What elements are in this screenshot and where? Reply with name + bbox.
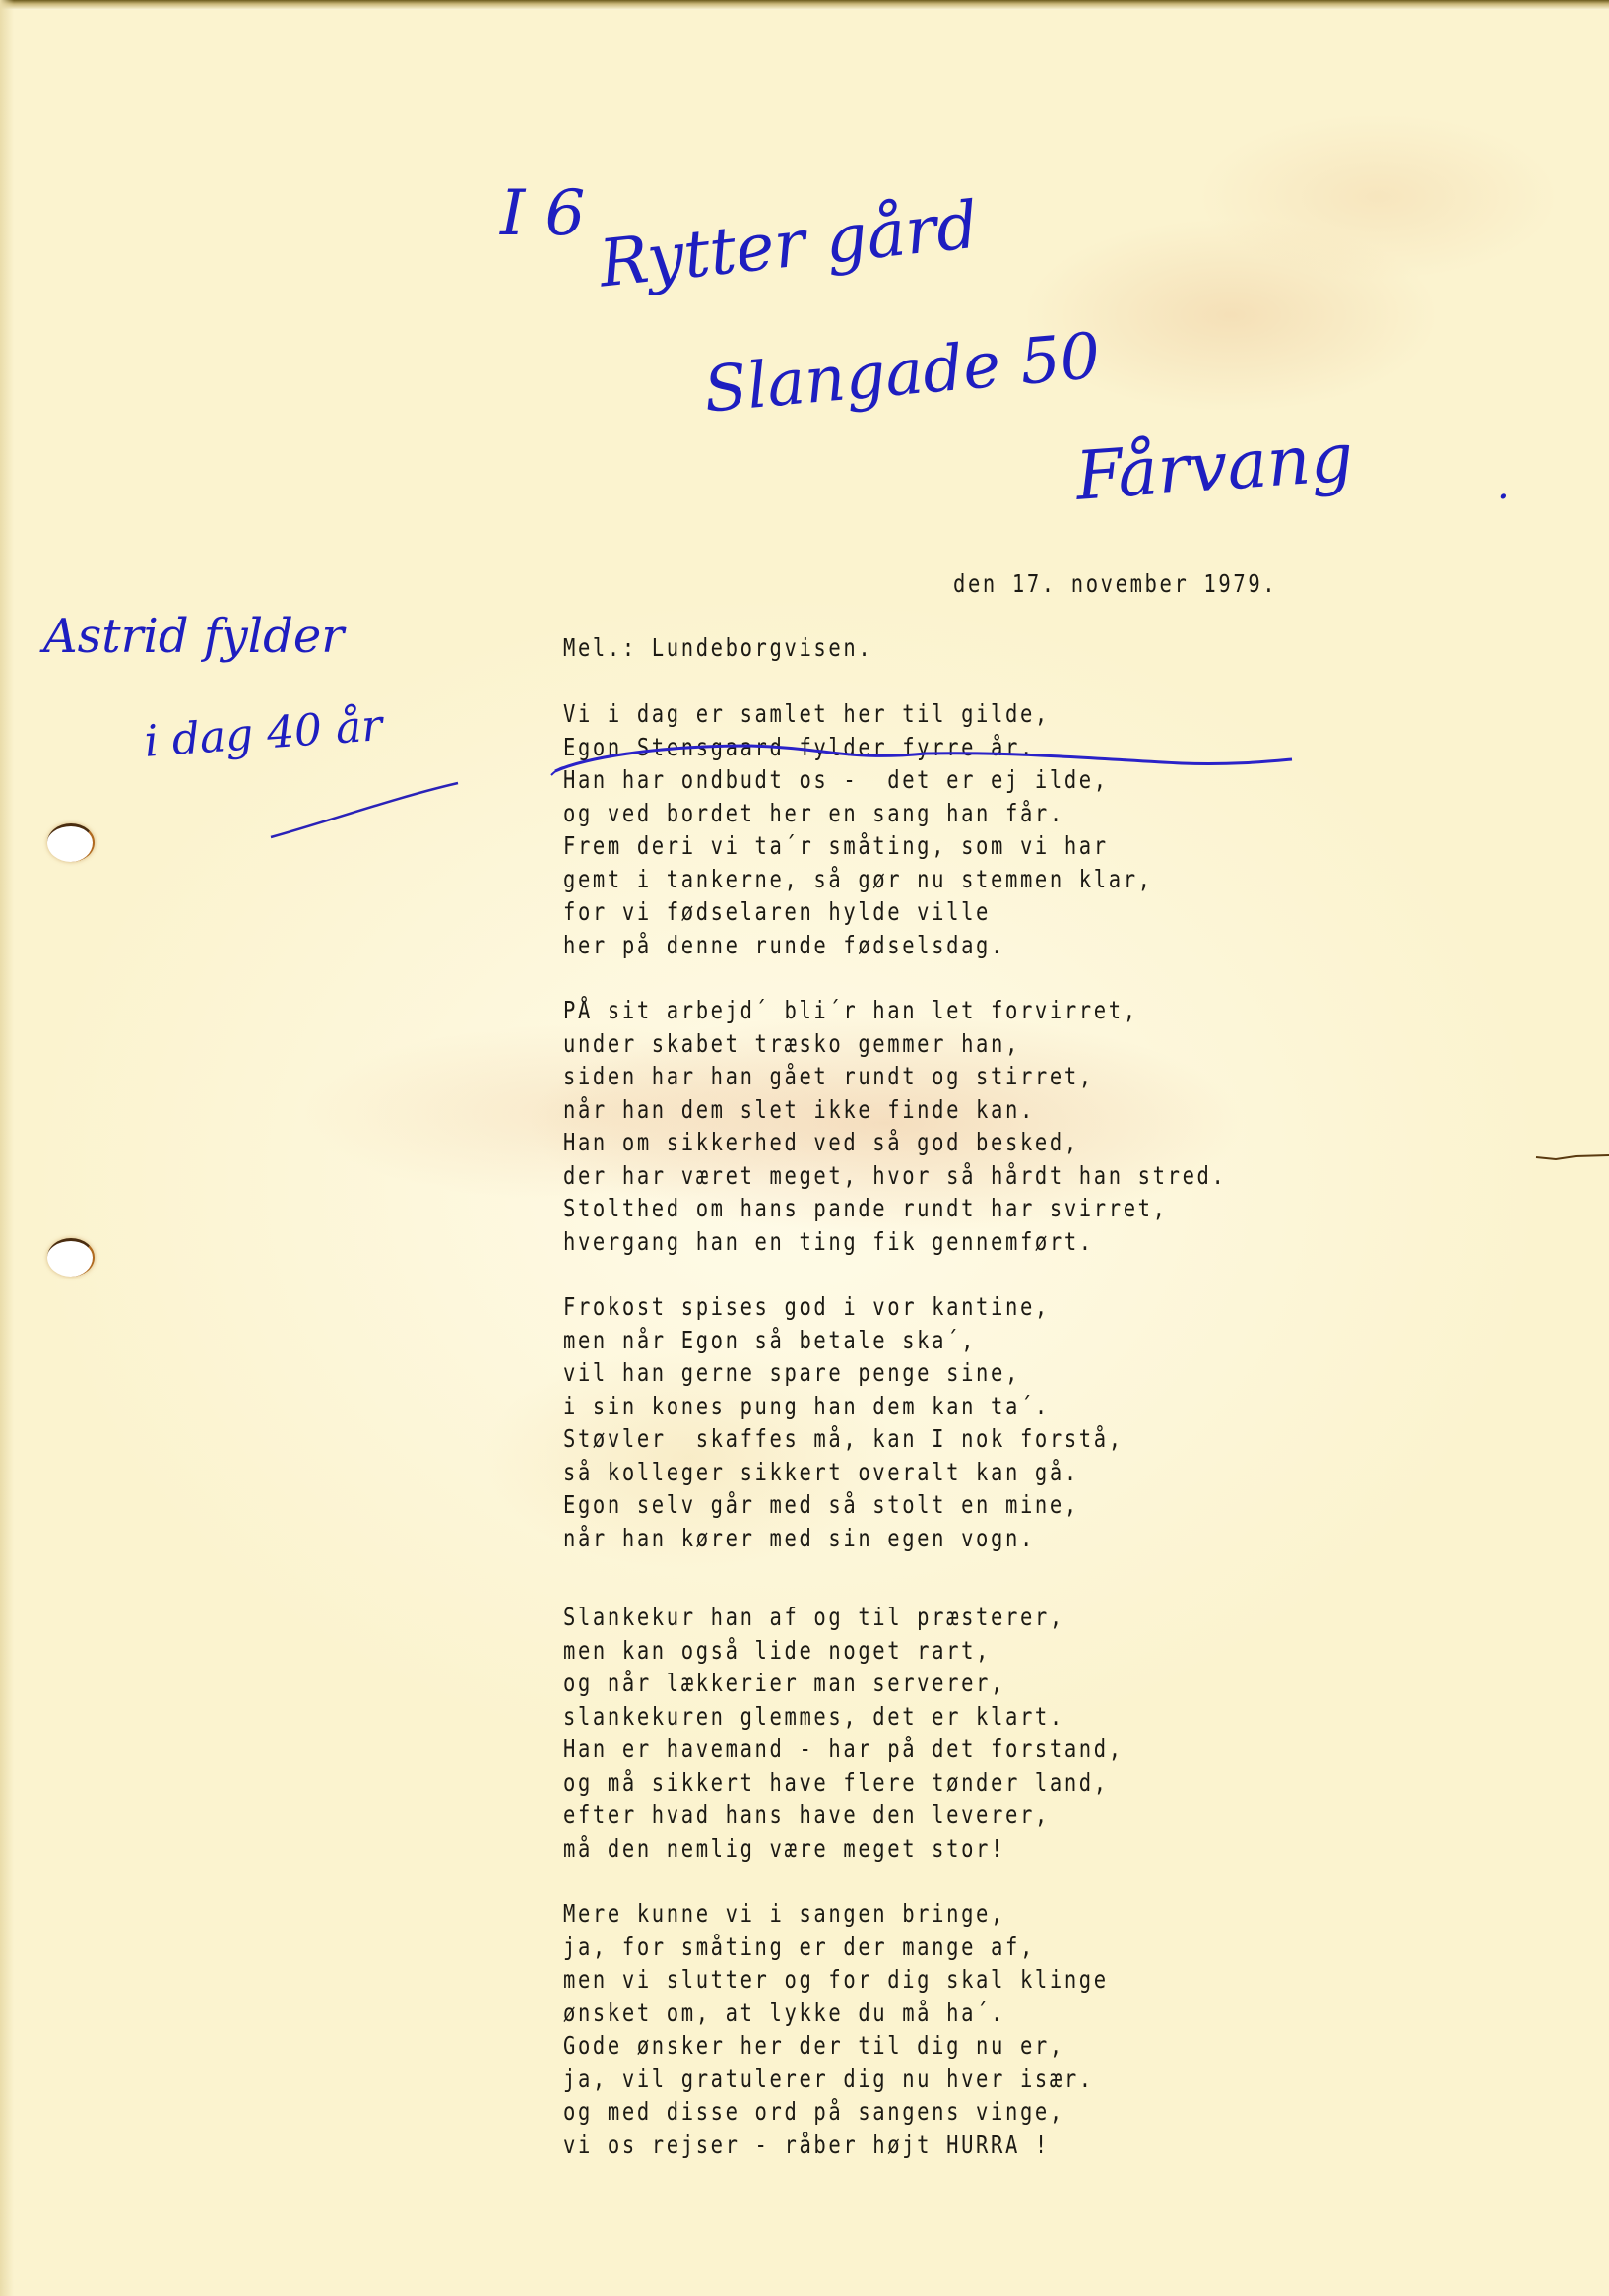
punch-hole-top	[47, 823, 95, 862]
poem-line: under skabet træsko gemmer han,	[563, 1029, 1020, 1058]
punch-hole-bottom	[47, 1238, 95, 1277]
poem-line: Egon selv går med så stolt en mine,	[563, 1490, 1079, 1519]
melody-line: Mel.: Lundeborgvisen.	[563, 633, 872, 662]
paper-tear	[1536, 1148, 1609, 1167]
poem-line: Gode ønsker her der til dig nu er,	[563, 2031, 1064, 2060]
poem-line: så kolleger sikkert overalt kan gå.	[563, 1458, 1079, 1486]
margin-note-underline	[177, 778, 473, 847]
poem-line: når han dem slet ikke finde kan.	[563, 1095, 1035, 1124]
poem-line: og ved bordet her en sang han får.	[563, 799, 1064, 827]
poem-line: Frem deri vi ta´r småting, som vi har	[563, 831, 1109, 860]
handwritten-dot: .	[1497, 463, 1510, 508]
poem-line: ja, for småting er der mange af,	[563, 1933, 1035, 1961]
poem-line: må den nemlig være meget stor!	[563, 1834, 1005, 1863]
document-date: den 17. november 1979.	[953, 569, 1277, 598]
poem-line: PÅ sit arbejd´ bli´r han let forvirret,	[563, 996, 1138, 1024]
poem-line: slankekuren glemmes, det er klart.	[563, 1702, 1064, 1731]
poem-line: der har været meget, hvor så hårdt han s…	[563, 1161, 1226, 1190]
poem-line: Stolthed om hans pande rundt har svirret…	[563, 1194, 1168, 1222]
poem-line: siden har han gået rundt og stirret,	[563, 1062, 1094, 1090]
poem-line: Mere kunne vi i sangen bringe,	[563, 1899, 1005, 1928]
poem-line: men kan også lide noget rart,	[563, 1636, 991, 1665]
poem-line: for vi fødselaren hylde ville	[563, 897, 991, 926]
poem-line: hvergang han en ting fik gennemført.	[563, 1227, 1094, 1256]
poem-line: Han er havemand - har på det forstand,	[563, 1735, 1124, 1763]
pen-strikethrough	[551, 734, 1300, 783]
scan-top-edge	[0, 0, 1609, 10]
poem-line: Støvler skaffes må, kan I nok forstå,	[563, 1424, 1124, 1453]
handwritten-address-line: I 6	[500, 177, 585, 250]
poem-line: vi os rejser - råber højt HURRA !	[563, 2131, 1050, 2159]
poem-line: ja, vil gratulerer dig nu hver især.	[563, 2065, 1094, 2093]
poem-line: når han kører med sin egen vogn.	[563, 1524, 1035, 1552]
poem-line: Slankekur han af og til præsterer,	[563, 1603, 1064, 1631]
poem-line: vil han gerne spare penge sine,	[563, 1358, 1020, 1387]
margin-note-line: Astrid fylder	[43, 609, 344, 664]
poem-line: og med disse ord på sangens vinge,	[563, 2097, 1064, 2126]
poem-line: i sin kones pung han dem kan ta´.	[563, 1392, 1050, 1420]
poem-line: Frokost spises god i vor kantine,	[563, 1292, 1050, 1321]
poem-line: men vi slutter og for dig skal klinge	[563, 1965, 1109, 1994]
poem-line: og må sikkert have flere tønder land,	[563, 1768, 1109, 1797]
poem-line: og når lækkerier man serverer,	[563, 1669, 1005, 1697]
poem-line: efter hvad hans have den leverer,	[563, 1801, 1050, 1829]
poem-line: men når Egon så betale ska´,	[563, 1326, 976, 1354]
poem-line: Vi i dag er samlet her til gilde,	[563, 699, 1050, 728]
scan-left-edge	[0, 0, 14, 2296]
poem-line: Han om sikkerhed ved så god besked,	[563, 1128, 1079, 1156]
poem-line: ønsket om, at lykke du må ha´.	[563, 1999, 1005, 2027]
poem-line: gemt i tankerne, så gør nu stemmen klar,	[563, 865, 1153, 893]
poem-line: her på denne runde fødselsdag.	[563, 931, 1005, 959]
